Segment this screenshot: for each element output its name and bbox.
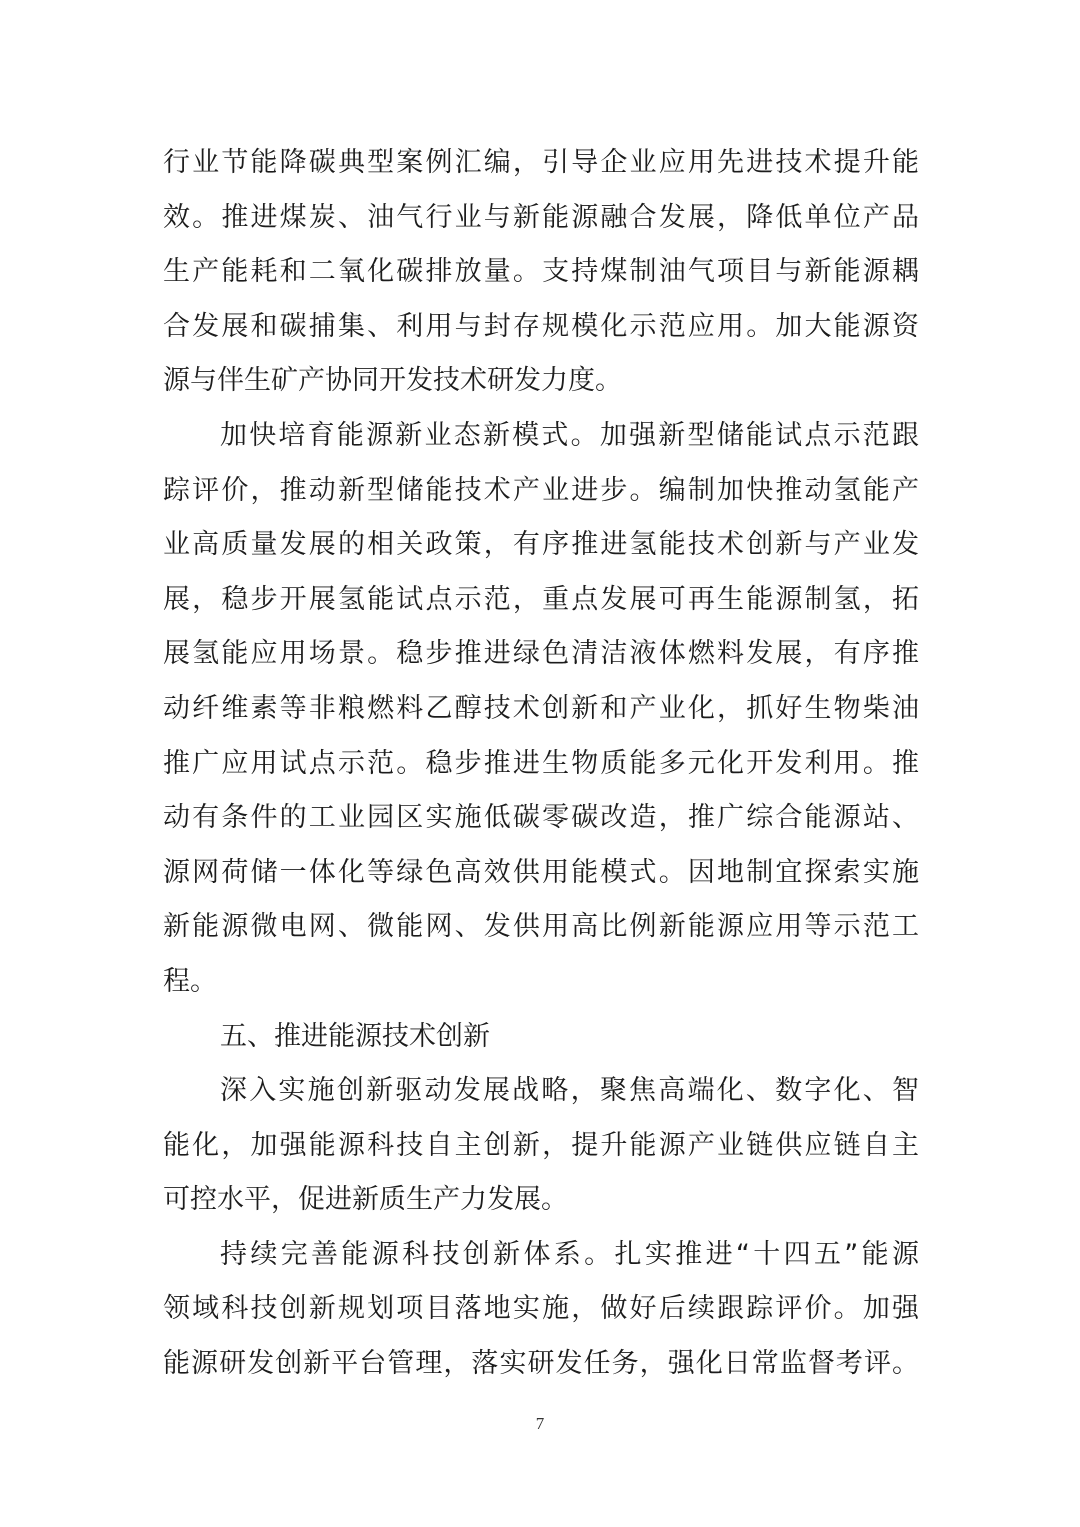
paragraph-innovation-strategy: 深入实施创新驱动发展战略，聚焦高端化、数字化、智 能化，加强能源科技自主创新，提… xyxy=(163,1064,919,1228)
body-text: 行业节能降碳典型案例汇编，引导企业应用先进技术提升能 效。推进煤炭、油气行业与新… xyxy=(163,136,919,1392)
text-line: 展，稳步开展氢能试点示范，重点发展可再生能源制氢，拓 xyxy=(163,573,919,628)
text-line: 动纤维素等非粮燃料乙醇技术创新和产业化，抓好生物柴油 xyxy=(163,682,919,737)
text-line: 推广应用试点示范。稳步推进生物质能多元化开发利用。推 xyxy=(163,737,919,792)
text-line: 加快培育能源新业态新模式。加强新型储能试点示范跟 xyxy=(163,409,919,464)
paragraph-innovation-system: 持续完善能源科技创新体系。扎实推进“十四五”能源 领域科技创新规划项目落地实施，… xyxy=(163,1228,919,1392)
text-line: 能源研发创新平台管理，落实研发任务，强化日常监督考评。 xyxy=(163,1337,919,1392)
text-line: 程。 xyxy=(163,955,919,1010)
text-line: 持续完善能源科技创新体系。扎实推进“十四五”能源 xyxy=(163,1228,919,1283)
text-line: 新能源微电网、微能网、发供用高比例新能源应用等示范工 xyxy=(163,900,919,955)
paragraph-continuation: 行业节能降碳典型案例汇编，引导企业应用先进技术提升能 效。推进煤炭、油气行业与新… xyxy=(163,136,919,409)
text-line: 可控水平，促进新质生产力发展。 xyxy=(163,1173,919,1228)
text-line: 领域科技创新规划项目落地实施，做好后续跟踪评价。加强 xyxy=(163,1282,919,1337)
text-line: 深入实施创新驱动发展战略，聚焦高端化、数字化、智 xyxy=(163,1064,919,1119)
text-line: 能化，加强能源科技自主创新，提升能源产业链供应链自主 xyxy=(163,1119,919,1174)
text-line: 源网荷储一体化等绿色高效供用能模式。因地制宜探索实施 xyxy=(163,846,919,901)
text-line: 行业节能降碳典型案例汇编，引导企业应用先进技术提升能 xyxy=(163,136,919,191)
text-line: 源与伴生矿产协同开发技术研发力度。 xyxy=(163,354,919,409)
text-line: 踪评价，推动新型储能技术产业进步。编制加快推动氢能产 xyxy=(163,464,919,519)
section-heading: 五、推进能源技术创新 xyxy=(163,1010,919,1065)
page-number: 7 xyxy=(0,1414,1080,1434)
text-line: 生产能耗和二氧化碳排放量。支持煤制油气项目与新能源耦 xyxy=(163,245,919,300)
heading-text: 五、推进能源技术创新 xyxy=(163,1010,919,1065)
document-page: 行业节能降碳典型案例汇编，引导企业应用先进技术提升能 效。推进煤炭、油气行业与新… xyxy=(0,0,1080,1527)
paragraph-new-energy-models: 加快培育能源新业态新模式。加强新型储能试点示范跟 踪评价，推动新型储能技术产业进… xyxy=(163,409,919,1010)
text-line: 业高质量发展的相关政策，有序推进氢能技术创新与产业发 xyxy=(163,518,919,573)
text-line: 效。推进煤炭、油气行业与新能源融合发展，降低单位产品 xyxy=(163,191,919,246)
text-line: 动有条件的工业园区实施低碳零碳改造，推广综合能源站、 xyxy=(163,791,919,846)
text-line: 展氢能应用场景。稳步推进绿色清洁液体燃料发展，有序推 xyxy=(163,627,919,682)
text-line: 合发展和碳捕集、利用与封存规模化示范应用。加大能源资 xyxy=(163,300,919,355)
